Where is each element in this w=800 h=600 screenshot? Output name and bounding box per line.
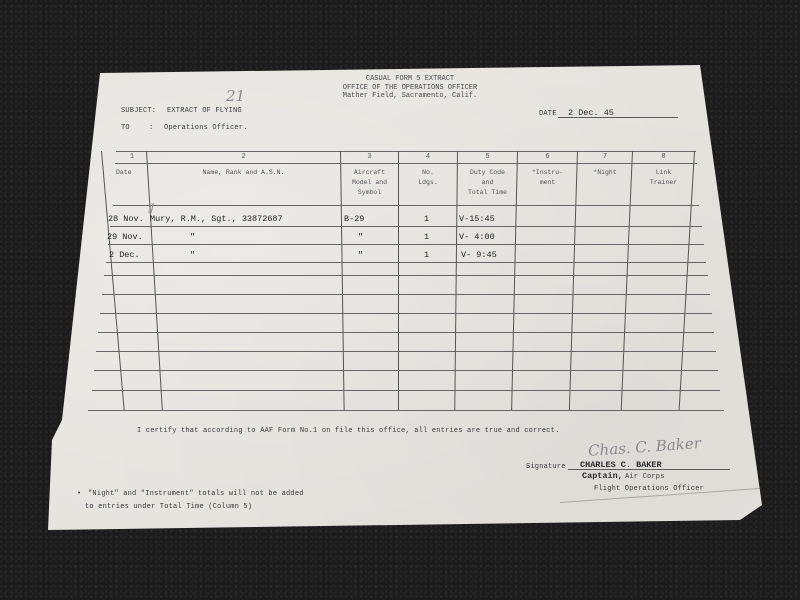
column-number-7: 7 bbox=[578, 153, 632, 161]
column-header-landings: No. Ldgs. bbox=[399, 168, 457, 188]
row-name: " bbox=[190, 232, 195, 242]
column-header-link-trainer: Link Trainer bbox=[633, 168, 694, 188]
col-border-left bbox=[101, 151, 125, 410]
col-border-3 bbox=[398, 151, 399, 410]
row-landings: 1 bbox=[424, 214, 429, 224]
column-header-night: *Night bbox=[578, 168, 632, 178]
header-divider bbox=[115, 163, 697, 164]
row-date: 28 Nov. bbox=[108, 214, 144, 224]
signatory-rank: Captain, bbox=[582, 471, 623, 481]
footnote-line-1: "Night" and "Instrument" totals will not… bbox=[88, 490, 304, 498]
header-bottom bbox=[113, 205, 699, 206]
column-header-name: Name, Rank and A.S.N. bbox=[147, 168, 340, 178]
row-landings: 1 bbox=[424, 250, 429, 260]
footnote-bullet: • bbox=[77, 490, 81, 498]
row-landings: 1 bbox=[424, 232, 429, 242]
column-number-8: 8 bbox=[633, 153, 694, 161]
column-number-4: 4 bbox=[399, 153, 457, 161]
handwritten-mark: J bbox=[150, 203, 154, 214]
signatory-name: CHARLES C. BAKER bbox=[580, 460, 662, 470]
signature-label: Signature bbox=[526, 463, 566, 471]
column-header-date: Date bbox=[116, 168, 146, 178]
row-name: " bbox=[190, 250, 195, 260]
certification-statement: I certify that according to AAF Form No.… bbox=[137, 427, 559, 435]
column-number-3: 3 bbox=[341, 153, 398, 161]
footnote-line-2: to entries under Total Time (Column 5) bbox=[85, 503, 252, 511]
column-header-duty-time: Duty Code and Total Time bbox=[458, 168, 517, 198]
col-border-6 bbox=[569, 151, 578, 410]
signatory-title: Flight Operations Officer bbox=[594, 485, 704, 493]
row-divider bbox=[100, 313, 712, 314]
row-name: Mury, R.M., Sgt., 33872687 bbox=[150, 214, 283, 224]
row-date: 29 Nov. bbox=[107, 232, 143, 242]
row-duty-time: V- 9:45 bbox=[461, 250, 497, 260]
row-divider bbox=[110, 226, 702, 227]
row-aircraft: " bbox=[358, 250, 363, 260]
col-border-1 bbox=[146, 151, 163, 410]
column-number-1: 1 bbox=[118, 153, 146, 161]
table-bottom-border bbox=[88, 410, 724, 411]
row-duty-time: V-15:45 bbox=[459, 214, 495, 224]
row-divider bbox=[108, 244, 704, 245]
column-header-aircraft: Aircraft Model and Symbol bbox=[341, 168, 398, 198]
column-number-6: 6 bbox=[518, 153, 577, 161]
col-border-right bbox=[679, 151, 695, 410]
row-divider bbox=[102, 294, 710, 295]
column-number-2: 2 bbox=[147, 153, 340, 161]
col-border-7 bbox=[621, 151, 633, 410]
row-aircraft: " bbox=[358, 232, 363, 242]
signatory-branch: Air Corps bbox=[625, 473, 665, 481]
row-divider bbox=[94, 370, 718, 371]
row-duty-time: V- 4:00 bbox=[459, 232, 495, 242]
row-aircraft: B-29 bbox=[344, 214, 364, 224]
column-header-instrument: *Instru- ment bbox=[518, 168, 577, 188]
row-divider bbox=[106, 262, 706, 263]
table-top-border bbox=[116, 151, 696, 152]
row-divider bbox=[98, 332, 714, 333]
row-divider bbox=[92, 390, 720, 391]
column-number-5: 5 bbox=[458, 153, 517, 161]
row-date: 2 Dec. bbox=[109, 250, 140, 260]
row-divider bbox=[104, 275, 708, 276]
